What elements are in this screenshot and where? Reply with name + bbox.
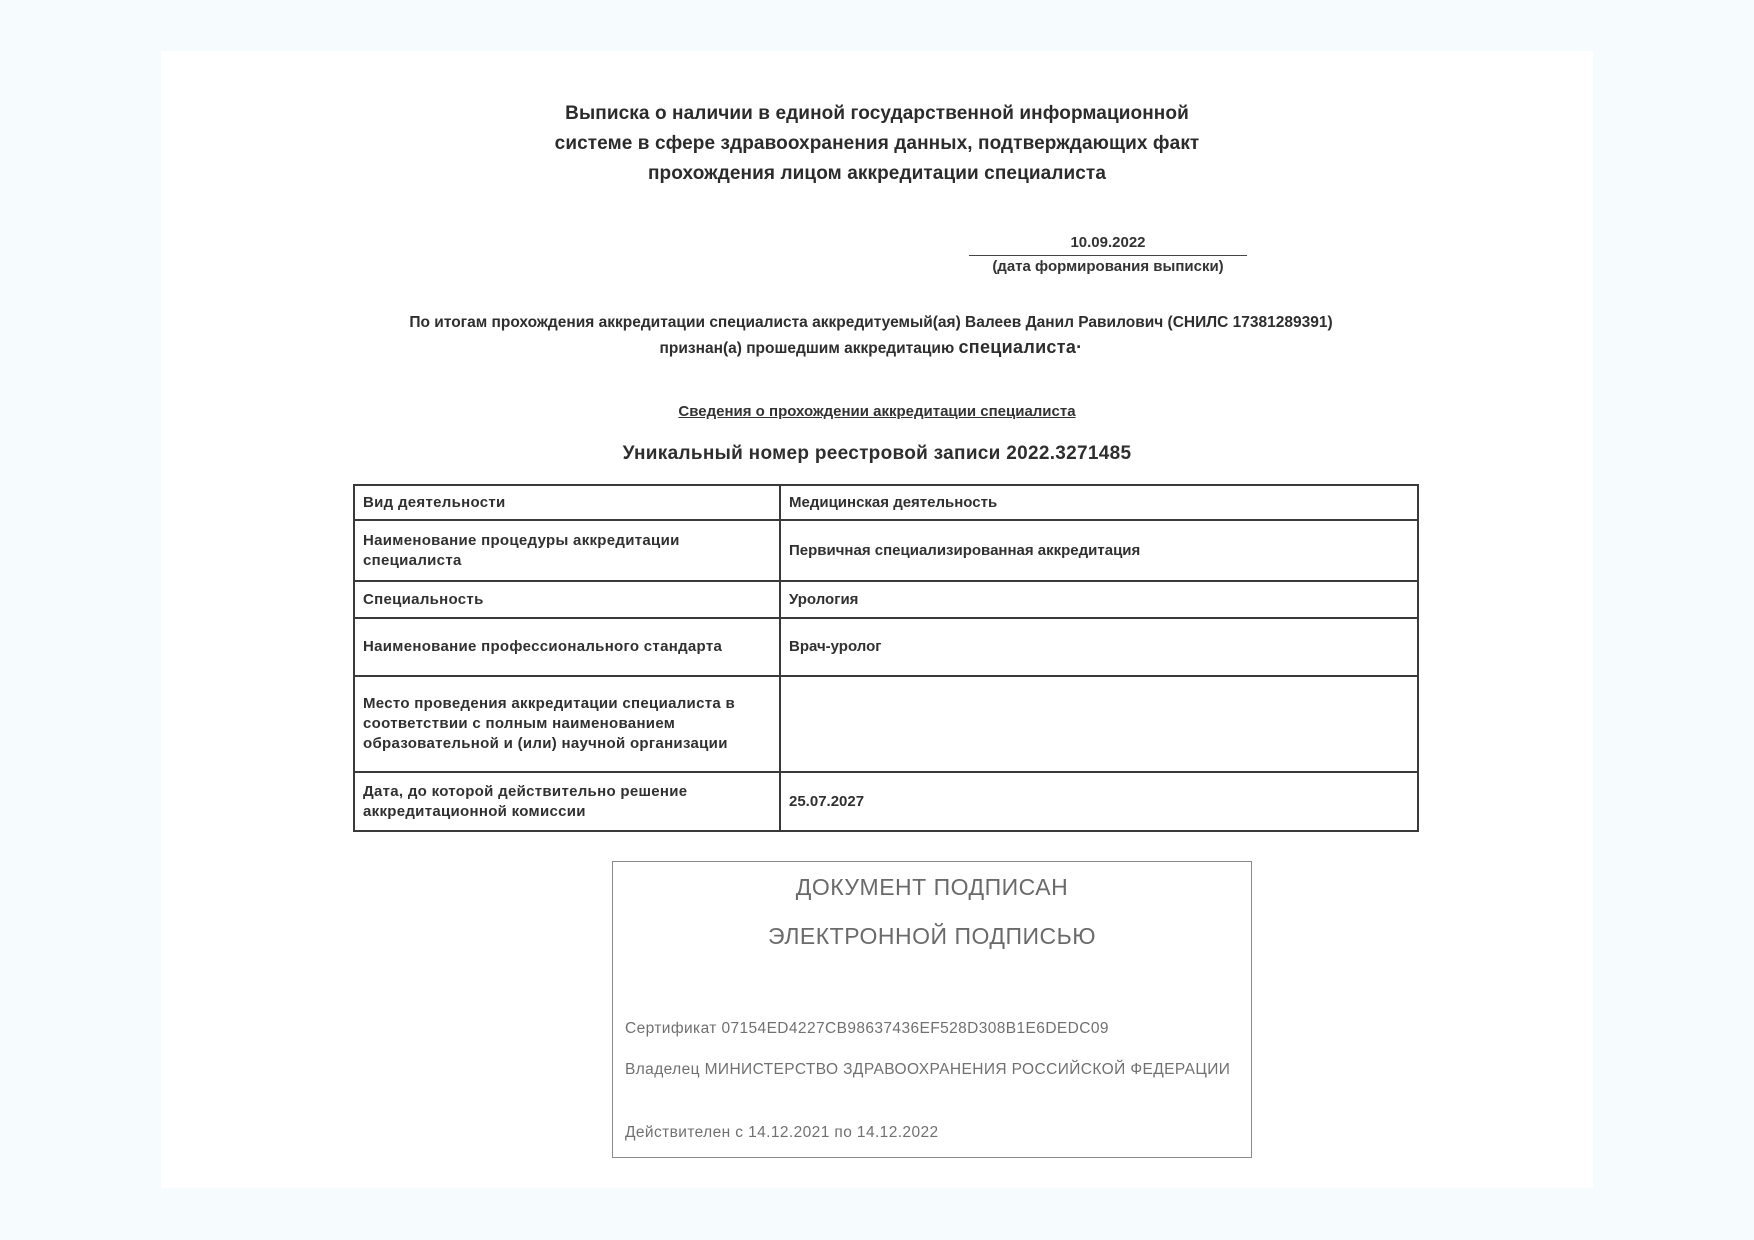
section-heading-text: Сведения о прохождении аккредитации спец…	[678, 403, 1075, 420]
electronic-signature-stamp: ДОКУМЕНТ ПОДПИСАН ЭЛЕКТРОННОЙ ПОДПИСЬЮ С…	[612, 861, 1252, 1158]
table-row: Дата, до которой действительно решение а…	[354, 772, 1418, 831]
row-label: Вид деятельности	[354, 485, 780, 520]
statement-line-2-prefix: признан(а) прошедшим аккредитацию	[660, 340, 955, 357]
issue-date: 10.09.2022	[969, 233, 1247, 256]
row-label: Наименование процедуры аккредитации спец…	[354, 520, 780, 581]
accreditation-statement: По итогам прохождения аккредитации специ…	[341, 310, 1401, 361]
title-line-2: системе в сфере здравоохранения данных, …	[161, 129, 1593, 159]
row-label: Специальность	[354, 581, 780, 618]
statement-line-1: По итогам прохождения аккредитации специ…	[341, 310, 1401, 335]
stamp-validity: Действителен с 14.12.2021 по 14.12.2022	[625, 1122, 1235, 1143]
table-row: Вид деятельности Медицинская деятельност…	[354, 485, 1418, 520]
document-page: Выписка о наличии в единой государственн…	[161, 51, 1593, 1188]
stamp-certificate: Сертификат 07154ED4227CB98637436EF528D30…	[625, 1018, 1235, 1039]
row-value: 25.07.2027	[780, 772, 1418, 831]
row-label: Наименование профессионального стандарта	[354, 618, 780, 676]
registry-number: Уникальный номер реестровой записи 2022.…	[161, 443, 1593, 465]
issue-date-block: 10.09.2022 (дата формирования выписки)	[969, 233, 1247, 278]
section-heading: Сведения о прохождении аккредитации спец…	[161, 403, 1593, 420]
stamp-heading-line-1: ДОКУМЕНТ ПОДПИСАН	[613, 874, 1251, 901]
table-row: Наименование процедуры аккредитации спец…	[354, 520, 1418, 581]
statement-line-2: признан(а) прошедшим аккредитацию специа…	[341, 335, 1401, 361]
title-line-1: Выписка о наличии в единой государственн…	[161, 99, 1593, 129]
table-row: Специальность Урология	[354, 581, 1418, 618]
row-value: Медицинская деятельность	[780, 485, 1418, 520]
table-row: Наименование профессионального стандарта…	[354, 618, 1418, 676]
stamp-heading-line-2: ЭЛЕКТРОННОЙ ПОДПИСЬЮ	[613, 923, 1251, 950]
row-value: Урология	[780, 581, 1418, 618]
row-value: Первичная специализированная аккредитаци…	[780, 520, 1418, 581]
row-label: Дата, до которой действительно решение а…	[354, 772, 780, 831]
row-label: Место проведения аккредитации специалист…	[354, 676, 780, 772]
accreditation-details-table: Вид деятельности Медицинская деятельност…	[353, 484, 1419, 832]
row-value: Врач-уролог	[780, 618, 1418, 676]
document-title: Выписка о наличии в единой государственн…	[161, 99, 1593, 189]
table-row: Место проведения аккредитации специалист…	[354, 676, 1418, 772]
title-line-3: прохождения лицом аккредитации специалис…	[161, 159, 1593, 189]
issue-date-caption: (дата формирования выписки)	[969, 256, 1247, 278]
row-value	[780, 676, 1418, 772]
stamp-owner: Владелец МИНИСТЕРСТВО ЗДРАВООХРАНЕНИЯ РО…	[625, 1059, 1235, 1080]
statement-line-2-suffix: специалиста·	[959, 337, 1083, 357]
